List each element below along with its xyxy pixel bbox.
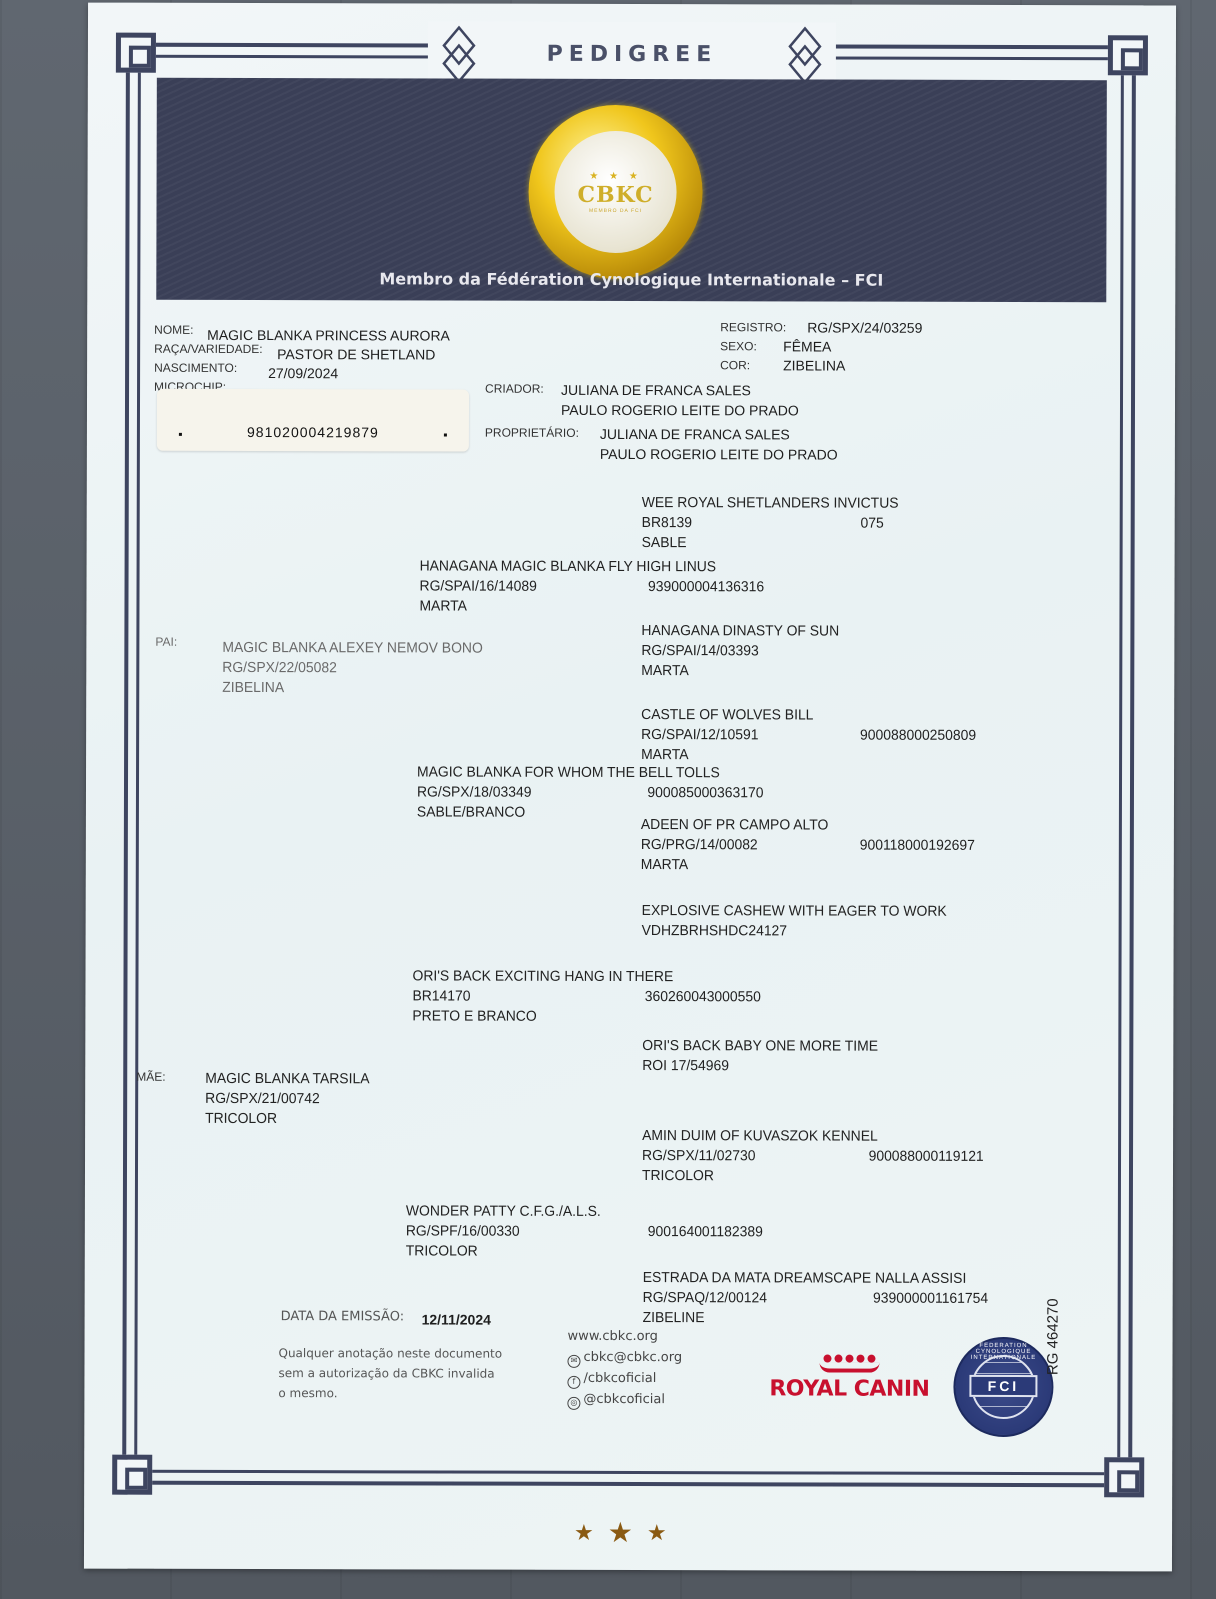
fci-logo: FEDERATION CYNOLOGIQUE INTERNATIONALE FC… <box>953 1337 1053 1437</box>
grandsire-sire-side: HANAGANA MAGIC BLANKA FLY HIGH LINUS RG/… <box>419 556 716 617</box>
seal-stars: ★ ★ ★ <box>589 170 641 181</box>
owner-label: PROPRIETÁRIO: <box>485 426 579 440</box>
ancestor-name: AMIN DUIM OF KUVASZOK KENNEL <box>642 1126 878 1147</box>
great-granddam-dsd: ORI'S BACK BABY ONE MORE TIME ROI 17/549… <box>642 1036 878 1077</box>
ancestor-name: WONDER PATTY C.F.G./A.L.S. <box>406 1201 601 1222</box>
microchip-sticker: 981020004219879 <box>157 389 469 452</box>
great-granddam-sdd: ADEEN OF PR CAMPO ALTO RG/PRG/14/00082 M… <box>641 815 829 875</box>
ancestor-reg: RG/SPAI/12/10591 <box>641 725 813 745</box>
breeder-name: JULIANA DE FRANCA SALES <box>561 382 751 398</box>
ancestor-color: TRICOLOR <box>205 1109 369 1129</box>
granddam-dam-side: WONDER PATTY C.F.G./A.L.S. RG/SPF/16/003… <box>406 1201 601 1262</box>
ancestor-color: MARTA <box>641 661 839 682</box>
dog-birth-date: 27/09/2024 <box>268 365 338 381</box>
ancestor-chip: 900164001182389 <box>648 1222 763 1242</box>
ancestor-name: MAGIC BLANKA ALEXEY NEMOV BONO <box>222 638 482 659</box>
corner-ornament <box>1104 1457 1144 1497</box>
owner-name: JULIANA DE FRANCA SALES <box>600 426 790 442</box>
corner-ornament <box>112 1455 152 1495</box>
ancestor-chip: 939000004136316 <box>648 577 764 597</box>
ancestor-reg: BR14170 <box>412 986 673 1007</box>
ancestor-color: ZIBELINA <box>222 678 482 699</box>
great-granddam-ddd: ESTRADA DA MATA DREAMSCAPE NALLA ASSISI … <box>643 1268 967 1329</box>
ancestor-reg: RG/SPX/22/05082 <box>222 658 482 679</box>
ancestor-name: ORI'S BACK BABY ONE MORE TIME <box>642 1036 878 1057</box>
header-banner: ★ ★ ★ CBKC MEMBRO DA FCI Membro da Fédér… <box>156 78 1107 302</box>
dog-color: ZIBELINA <box>783 357 845 373</box>
breed-label: RAÇA/VARIEDADE: <box>154 342 263 356</box>
disclaimer-line: sem a autorização da CBKC invalida <box>278 1363 502 1384</box>
ancestor-color: ZIBELINE <box>643 1308 967 1329</box>
facebook-icon: f <box>567 1376 580 1389</box>
sire-label: PAI: <box>155 635 177 649</box>
ancestor-color: TRICOLOR <box>406 1241 601 1262</box>
ancestor-reg: RG/SPX/11/02730 <box>642 1146 878 1167</box>
disclaimer-line: Qualquer anotação neste documento <box>278 1343 502 1364</box>
great-granddam-ssd: HANAGANA DINASTY OF SUN RG/SPAI/14/03393… <box>641 621 839 682</box>
owner-name: PAULO ROGERIO LEITE DO PRADO <box>600 446 838 463</box>
instagram-icon: ◎ <box>567 1397 580 1410</box>
grandsire-dam-side: ORI'S BACK EXCITING HANG IN THERE BR1417… <box>412 966 673 1027</box>
document-title: PEDIGREE <box>547 41 718 66</box>
ancestor-chip: 360260043000550 <box>645 987 761 1007</box>
ancestor-name: HANAGANA DINASTY OF SUN <box>641 621 839 642</box>
facebook-link[interactable]: /cbkcoficial <box>583 1371 656 1386</box>
ancestor-name: MAGIC BLANKA TARSILA <box>205 1069 369 1089</box>
corner-ornament <box>116 33 156 73</box>
birth-label: NASCIMENTO: <box>154 361 237 375</box>
fci-label: FCI <box>969 1375 1037 1397</box>
ancestor-chip: 900118000192697 <box>860 836 975 856</box>
corner-ornament <box>1108 35 1148 75</box>
registry-label: REGISTRO: <box>720 320 786 334</box>
dog-breed: PASTOR DE SHETLAND <box>277 346 435 362</box>
ancestor-reg: RG/SPX/21/00742 <box>205 1089 369 1109</box>
ancestor-color: MARTA <box>641 855 829 875</box>
granddam-sire-side: MAGIC BLANKA FOR WHOM THE BELL TOLLS RG/… <box>417 762 720 823</box>
sticker-dot <box>444 434 447 437</box>
disclaimer-line: o mesmo. <box>278 1383 502 1404</box>
ancestor-color: PRETO E BRANCO <box>412 1006 673 1027</box>
dog-registry: RG/SPX/24/03259 <box>807 319 922 335</box>
ancestor-color: SABLE <box>642 533 899 554</box>
ancestor-name: EXPLOSIVE CASHEW WITH EAGER TO WORK <box>642 901 947 922</box>
ancestor-reg: RG/SPAI/14/03393 <box>641 641 839 662</box>
crown-icon <box>764 1354 934 1362</box>
ancestor-name: ADEEN OF PR CAMPO ALTO <box>641 815 829 835</box>
great-grandsire-sds: CASTLE OF WOLVES BILL RG/SPAI/12/10591 M… <box>641 705 813 765</box>
royal-canin-logo: ROYAL CANIN <box>764 1354 934 1401</box>
footer-stars: ★ ★ ★ <box>574 1516 667 1549</box>
diamond-ornament-icon <box>788 26 822 84</box>
ancestor-chip: 900088000250809 <box>860 726 976 746</box>
dam-label: MÃE: <box>136 1070 165 1084</box>
title-block: PEDIGREE <box>428 21 836 86</box>
ancestor-chip: 900088000119121 <box>869 1147 984 1167</box>
pedigree-certificate: PEDIGREE ★ ★ ★ CBKC MEMBRO DA FCI Membro… <box>84 3 1176 1572</box>
great-grandsire-dss: EXPLOSIVE CASHEW WITH EAGER TO WORK VDHZ… <box>642 901 947 942</box>
dam: MAGIC BLANKA TARSILA RG/SPX/21/00742 TRI… <box>205 1069 369 1129</box>
breeder-name: PAULO ROGERIO LEITE DO PRADO <box>561 402 799 419</box>
star-icon: ★ <box>608 1516 633 1549</box>
dog-sex: FÊMEA <box>783 338 831 354</box>
crown-arc <box>819 1362 879 1372</box>
star-icon: ★ <box>647 1520 667 1546</box>
name-label: NOME: <box>154 323 193 337</box>
issue-date-label: DATA DA EMISSÃO: <box>281 1307 405 1327</box>
diamond-ornament-icon <box>442 26 476 84</box>
cbkc-seal-logo: ★ ★ ★ CBKC MEMBRO DA FCI <box>528 105 702 279</box>
ancestor-name: CASTLE OF WOLVES BILL <box>641 705 813 725</box>
ancestor-reg: VDHZBRHSHDC24127 <box>642 921 947 942</box>
ancestor-name: ESTRADA DA MATA DREAMSCAPE NALLA ASSISI <box>643 1268 967 1289</box>
document-serial: RG 464270 <box>1044 1298 1061 1375</box>
ancestor-reg: RG/SPF/16/00330 <box>406 1221 601 1242</box>
sex-label: SEXO: <box>720 339 757 353</box>
breeder-label: CRIADOR: <box>485 382 544 396</box>
ancestor-reg: RG/PRG/14/00082 <box>641 835 829 855</box>
issue-date: 12/11/2024 <box>422 1311 491 1327</box>
seal-text: CBKC <box>577 181 653 207</box>
ancestor-name: WEE ROYAL SHETLANDERS INVICTUS <box>642 493 899 514</box>
email-icon: ✉ <box>567 1355 580 1368</box>
seal-subtext: MEMBRO DA FCI <box>589 207 642 213</box>
email-link[interactable]: cbkc@cbkc.org <box>583 1350 682 1365</box>
star-icon: ★ <box>574 1519 594 1545</box>
great-grandsire-dds: AMIN DUIM OF KUVASZOK KENNEL RG/SPX/11/0… <box>642 1126 878 1187</box>
ancestor-name: MAGIC BLANKA FOR WHOM THE BELL TOLLS <box>417 762 720 783</box>
ancestor-color: TRICOLOR <box>642 1166 878 1187</box>
ancestor-name: HANAGANA MAGIC BLANKA FLY HIGH LINUS <box>420 556 717 577</box>
instagram-link[interactable]: @cbkcoficial <box>583 1392 665 1407</box>
ancestor-name: ORI'S BACK EXCITING HANG IN THERE <box>412 966 673 987</box>
sponsor-name: ROYAL CANIN <box>764 1376 934 1401</box>
disclaimer: Qualquer anotação neste documento sem a … <box>278 1343 502 1404</box>
barcode <box>191 399 441 422</box>
banner-caption: Membro da Fédération Cynologique Interna… <box>156 269 1106 290</box>
ancestor-reg: ROI 17/54969 <box>642 1056 878 1077</box>
great-grandsire-sss: WEE ROYAL SHETLANDERS INVICTUS BR8139 SA… <box>642 493 899 554</box>
ancestor-color: MARTA <box>419 596 716 617</box>
color-label: COR: <box>720 358 750 372</box>
ancestor-chip: 939000001161754 <box>873 1289 988 1309</box>
website-link[interactable]: www.cbkc.org <box>568 1329 658 1344</box>
contact-info: www.cbkc.org ✉cbkc@cbkc.org f/cbkcoficia… <box>567 1326 682 1410</box>
ancestor-chip: 075 <box>861 514 884 534</box>
ancestor-chip: 900085000363170 <box>647 783 763 803</box>
sire: MAGIC BLANKA ALEXEY NEMOV BONO RG/SPX/22… <box>222 638 483 699</box>
microchip-number: 981020004219879 <box>157 424 469 441</box>
